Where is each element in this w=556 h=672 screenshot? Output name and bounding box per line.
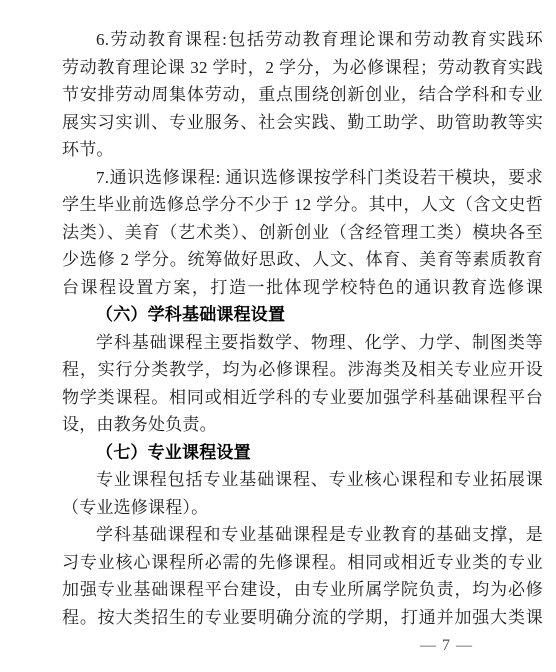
- body-line: 少选修 2 学分。统筹做好思政、人文、体育、美育等素质教育平: [62, 246, 543, 274]
- body-line: （专业选修课程）。: [62, 494, 543, 522]
- body-line: 加强专业基础课程平台建设，由专业所属学院负责，均为必修课: [62, 576, 543, 604]
- body-line: 程，实行分类教学，均为必修课程。涉海类及相关专业应开设生: [62, 356, 543, 384]
- page-number: — 7 —: [62, 633, 543, 659]
- body-line: 环节。: [62, 136, 543, 164]
- body-line: 节安排劳动周集体劳动，重点围绕创新创业，结合学科和专业开: [62, 81, 543, 109]
- body-line: 7.通识选修课程: 通识选修课按学科门类设若干模块，要求: [62, 164, 543, 192]
- body-line: 展实习实训、专业服务、社会实践、勤工助学、助管助教等实践: [62, 109, 543, 137]
- body-line: 6.劳动教育课程:包括劳动教育理论课和劳动教育实践环节。: [62, 26, 543, 54]
- body-line: 专业课程包括专业基础课程、专业核心课程和专业拓展课程: [62, 466, 543, 494]
- document-page: 6.劳动教育课程:包括劳动教育理论课和劳动教育实践环节。 劳动教育理论课 32 …: [0, 0, 556, 672]
- body-line: 台课程设置方案，打造一批体现学校特色的通识教育选修课程。: [62, 274, 543, 302]
- body-line: 劳动教育理论课 32 学时，2 学分，为必修课程；劳动教育实践环: [62, 54, 543, 82]
- body-line: 物学类课程。相同或相近学科的专业要加强学科基础课程平台建: [62, 384, 543, 412]
- body-line: 法类）、美育（艺术类）、创新创业（含经管理工类）模块各至: [62, 219, 543, 247]
- body-line: 设，由教务处负责。: [62, 411, 543, 439]
- body-line: 程。按大类招生的专业要明确分流的学期，打通并加强大类课程: [62, 604, 543, 632]
- body-line: 学科基础课程和专业基础课程是专业教育的基础支撑，是学: [62, 521, 543, 549]
- section-seven-heading: （七）专业课程设置: [62, 439, 543, 467]
- body-line: 学生毕业前选修总学分不少于 12 学分。其中，人文（含文史哲: [62, 191, 543, 219]
- document-body: 6.劳动教育课程:包括劳动教育理论课和劳动教育实践环节。 劳动教育理论课 32 …: [62, 26, 543, 659]
- body-line: 习专业核心课程所必需的先修课程。相同或相近专业类的专业要: [62, 549, 543, 577]
- body-line: 学科基础课程主要指数学、物理、化学、力学、制图类等课: [62, 329, 543, 357]
- section-six-heading: （六）学科基础课程设置: [62, 301, 543, 329]
